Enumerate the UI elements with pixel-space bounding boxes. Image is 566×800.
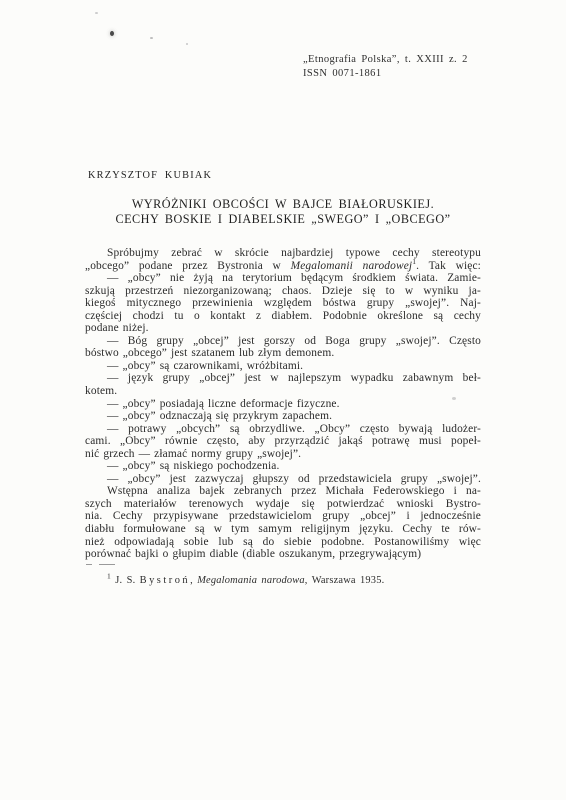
text-line: — „obcy” posiadają liczne deformacje fiz… xyxy=(85,398,481,411)
body-text: Spróbujmy zebrać w skrócie najbardziej t… xyxy=(85,247,481,561)
footnote-separator xyxy=(86,564,115,565)
text-line: kiegoś mitycznego przewinienia względem … xyxy=(85,297,481,310)
scanned-page: „Etnografia Polska”, t. XXIII z. 2 ISSN … xyxy=(0,0,566,800)
text-line: „obcego” podane przez Bystronia w Megalo… xyxy=(85,260,481,273)
text-line: — „obcy” nie żyją na terytorium będącym … xyxy=(85,272,481,285)
text-line: Wstępna analiza bajek zebranych przez Mi… xyxy=(85,485,481,498)
text-line: kotem. xyxy=(85,385,481,398)
text-line: — „obcy” są niskiego pochodzenia. xyxy=(85,460,481,473)
text-line: — „obcy” odznaczają się przykrym zapache… xyxy=(85,410,481,423)
text-line: szkują przestrzeń niezorganizowaną; chao… xyxy=(85,285,481,298)
text-line: podane niżej. xyxy=(85,322,481,335)
masthead: „Etnografia Polska”, t. XXIII z. 2 ISSN … xyxy=(303,53,468,80)
text-line: — „obcy” jest zazwyczaj głupszy od przed… xyxy=(85,473,481,486)
text-line: częściej chodzi tu o kontakt z diabłem. … xyxy=(85,310,481,323)
footnote: 1 J. S. Bystroń, Megalomania narodowa, W… xyxy=(85,575,481,587)
text-line: porównać bajki o głupim diable (diable o… xyxy=(85,548,481,561)
text-line: — język grupy „obcej” jest w najlepszym … xyxy=(85,372,481,385)
text-line: Spróbujmy zebrać w skrócie najbardziej t… xyxy=(85,247,481,260)
text-line: nić grzech — złamać normy grupy „swojej”… xyxy=(85,448,481,461)
scan-speck xyxy=(150,37,153,39)
scan-speck xyxy=(110,31,114,36)
text-line: — potrawy „obcych” są obrzydliwe. „Obcy”… xyxy=(85,423,481,436)
text-line: — „obcy” są czarownikami, wróżbitami. xyxy=(85,360,481,373)
author-name: KRZYSZTOF KUBIAK xyxy=(88,170,212,181)
scan-speck xyxy=(95,12,98,14)
title-line-2: CECHY BOSKIE I DIABELSKIE „SWEGO” I „OBC… xyxy=(85,212,481,227)
title-line-1: WYRÓŻNIKI OBCOŚCI W BAJCE BIAŁORUSKIEJ. xyxy=(85,197,481,212)
text-line: szych materiałów terenowych wydaje się p… xyxy=(85,498,481,511)
article-title: WYRÓŻNIKI OBCOŚCI W BAJCE BIAŁORUSKIEJ. … xyxy=(85,197,481,226)
text-line: diabłu formułowane są w tym samym religi… xyxy=(85,523,481,536)
text-line: bóstwo „obcego” jest szatanem lub złym d… xyxy=(85,347,481,360)
journal-volume-line: „Etnografia Polska”, t. XXIII z. 2 xyxy=(303,53,468,67)
text-line: nia. Cechy przypisywane przedstawicielom… xyxy=(85,510,481,523)
scan-speck xyxy=(452,397,456,400)
issn-line: ISSN 0071-1861 xyxy=(303,67,468,81)
text-line: cami. „Obcy” równie często, aby przyrząd… xyxy=(85,435,481,448)
text-line: — Bóg grupy „obcej” jest gorszy od Boga … xyxy=(85,335,481,348)
scan-speck xyxy=(186,43,188,45)
text-line: nież odpowiadają sobie lub są do siebie … xyxy=(85,536,481,549)
